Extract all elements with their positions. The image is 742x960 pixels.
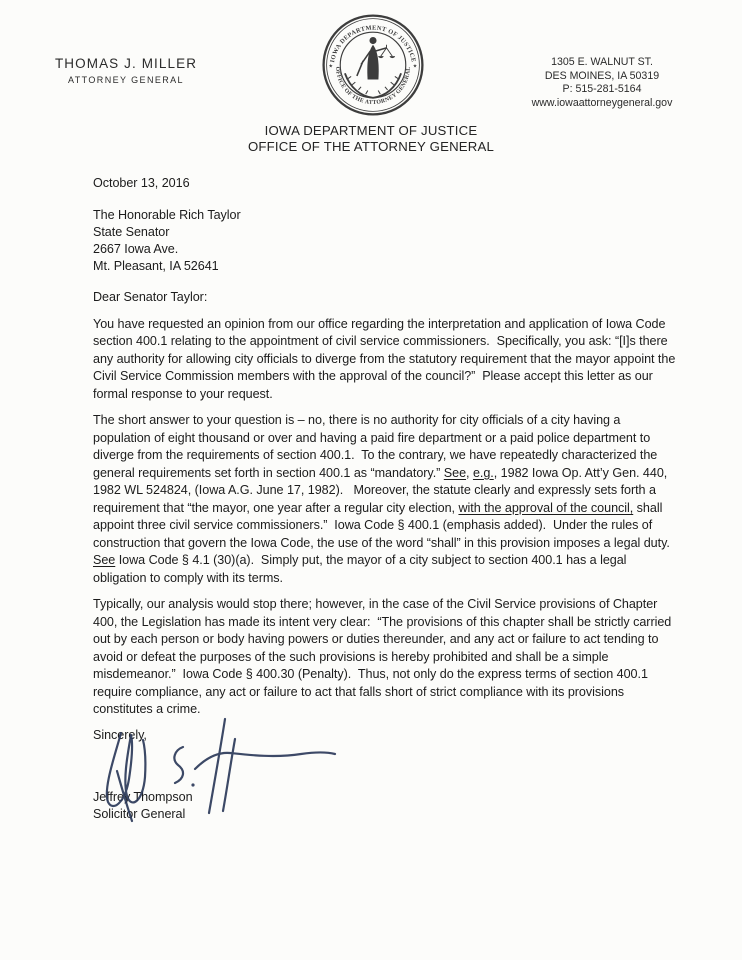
contact-address-line1: 1305 E. WALNUT ST.	[502, 56, 702, 70]
recipient-line: Mt. Pleasant, IA 52641	[93, 258, 679, 275]
doj-seal: IOWA DEPARTMENT OF JUSTICE OFFICE OF THE…	[321, 13, 425, 117]
underlined-citation: e.g.	[473, 466, 494, 480]
official-name: THOMAS J. MILLER	[36, 56, 216, 71]
signer-name: Jeffrey Thompson	[93, 789, 193, 807]
underlined-citation: See	[93, 553, 115, 567]
attorney-general-name-block: THOMAS J. MILLER ATTORNEY GENERAL	[36, 56, 216, 85]
recipient-block: The Honorable Rich TaylorState Senator26…	[93, 207, 679, 276]
letter-body: October 13, 2016 The Honorable Rich Tayl…	[93, 175, 679, 837]
paragraph: Typically, our analysis would stop there…	[93, 596, 679, 719]
letter-date: October 13, 2016	[93, 175, 679, 193]
recipient-line: The Honorable Rich Taylor	[93, 207, 679, 224]
letter-page: THOMAS J. MILLER ATTORNEY GENERAL IOWA D…	[0, 0, 742, 960]
official-title: ATTORNEY GENERAL	[36, 75, 216, 85]
contact-phone: P: 515-281-5164	[502, 83, 702, 97]
seal-star-right-icon: ★	[413, 64, 418, 70]
closing-word: Sincerely,	[93, 727, 679, 745]
signer-title: Solicitor General	[93, 806, 185, 824]
closing-block: Sincerely, Jeffrey Thompson Solicitor Ge…	[93, 727, 679, 837]
seal-star-left-icon: ★	[329, 64, 334, 70]
recipient-line: 2667 Iowa Ave.	[93, 241, 679, 258]
recipient-line: State Senator	[93, 224, 679, 241]
underlined-citation: with the approval of the council,	[458, 501, 633, 515]
paragraph-text: Iowa Code § 4.1 (30)(a). Simply put, the…	[93, 553, 630, 585]
paragraph: You have requested an opinion from our o…	[93, 316, 679, 404]
contact-address-line2: DES MOINES, IA 50319	[502, 70, 702, 84]
paragraph: The short answer to your question is – n…	[93, 412, 679, 587]
contact-website: www.iowaattorneygeneral.gov	[502, 97, 702, 111]
lady-justice-icon	[345, 37, 401, 98]
doj-seal-icon: IOWA DEPARTMENT OF JUSTICE OFFICE OF THE…	[321, 13, 425, 117]
department-name: IOWA DEPARTMENT OF JUSTICE	[0, 123, 742, 139]
office-name: OFFICE OF THE ATTORNEY GENERAL	[0, 139, 742, 155]
contact-block: 1305 E. WALNUT ST. DES MOINES, IA 50319 …	[502, 56, 702, 110]
letter-paragraphs: You have requested an opinion from our o…	[93, 316, 679, 719]
salutation: Dear Senator Taylor:	[93, 289, 679, 307]
paragraph-text: Typically, our analysis would stop there…	[93, 597, 675, 716]
department-title-block: IOWA DEPARTMENT OF JUSTICE OFFICE OF THE…	[0, 123, 742, 155]
underlined-citation: See	[444, 466, 466, 480]
paragraph-text: You have requested an opinion from our o…	[93, 317, 679, 401]
paragraph-text: ,	[466, 466, 473, 480]
